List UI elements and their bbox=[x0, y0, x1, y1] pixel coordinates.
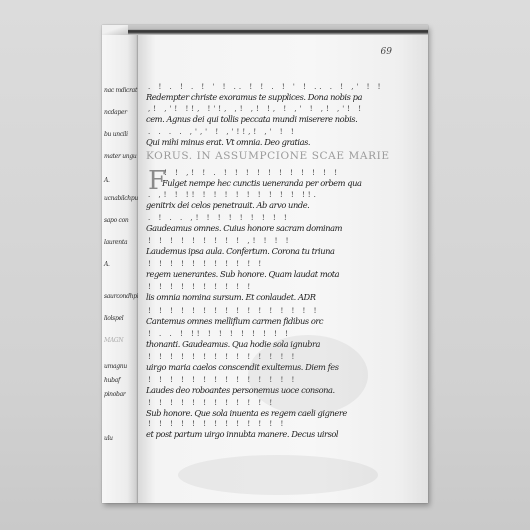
left-page-fragment: laurenta bbox=[104, 239, 127, 246]
left-page-fragment: saurcondhpb bbox=[104, 293, 140, 300]
left-page-fragment: sapo con bbox=[104, 217, 128, 224]
left-page-fragment: A. bbox=[104, 261, 110, 268]
neume-row: ! ! ! ! ! ! ! ! ! ! ! ! ! ! ! ! bbox=[148, 307, 404, 315]
manuscript-poster: nac mdicrat ncdaper bu uncili mater ungu… bbox=[102, 25, 428, 503]
page-stain bbox=[248, 335, 368, 415]
neume-row: ! ! ! ! ! ! ! ! ! ! bbox=[148, 283, 404, 291]
neume-row: ,! ,'! !!, !'!, ,! ,! !, ! ,' ! ,! ,'! ! bbox=[148, 105, 404, 113]
left-page-fragment: umagnu bbox=[104, 363, 127, 370]
chant-text-line: genitrix dei celos penetrauit. Ab arvo u… bbox=[146, 200, 408, 210]
chant-text-line: regem uenerantes. Sub honore. Quam lauda… bbox=[146, 269, 408, 279]
left-page-fragment: mater ungu bbox=[104, 153, 136, 160]
neume-row: . . . . ,',' ! ,'!!,! ,' ! ! bbox=[148, 128, 404, 136]
neume-row: . ! . ! . ! ' ! .. ! ! . ! ' ! .. . ! ,'… bbox=[148, 83, 404, 91]
neume-row: ! ! ! ! ! ! ! ! ! ! ! ! ! bbox=[148, 420, 404, 428]
neume-row: ! . . ! !! ! ! ! ! ! ! ! ! bbox=[148, 330, 404, 338]
chant-text-line: cem. Agnus dei qui tollis peccata mundi … bbox=[146, 114, 408, 124]
chant-text-line: Cantemus omnes melliflum carmen fidibus … bbox=[146, 316, 408, 326]
chant-text-line: Qui mihi minus erat. Vt omnia. Deo grati… bbox=[146, 137, 408, 147]
left-page-margin: nac mdicrat ncdaper bu uncili mater ungu… bbox=[102, 35, 138, 503]
neume-row: . ! . . ,! ! ! ! ! ! ! ! ! bbox=[148, 214, 404, 222]
left-page-fragment: bu uncili bbox=[104, 131, 128, 138]
left-page-fragment: ncdaper bbox=[104, 109, 127, 116]
left-page-fragment: liolspel bbox=[104, 315, 123, 322]
page-number: 69 bbox=[381, 47, 392, 57]
neume-row: . ,! ! !! ! ! ! ! ! ! ! ! ! !!. bbox=[148, 191, 404, 199]
left-page-fragment: MAGN bbox=[104, 337, 123, 344]
right-page: 69 . ! . ! . ! ' ! .. ! ! . ! ' ! .. . !… bbox=[138, 35, 428, 503]
left-page-fragment: A. bbox=[104, 177, 110, 184]
neume-row: ! ! ! ! ! ! ! ! ! ! ! bbox=[148, 260, 404, 268]
chant-text-line: Laudemus ipsa aula. Confertum. Corona tu… bbox=[146, 246, 408, 256]
page-stain bbox=[178, 455, 378, 495]
chant-text-line: Gaudeamus omnes. Cuius honore sacram dom… bbox=[146, 223, 408, 233]
neume-row: ! ! ! ! ! ! ! ! ! ,! ! ! ! bbox=[148, 237, 404, 245]
left-page-fragment: pinobar bbox=[104, 391, 125, 398]
left-page-fragment: hubaf bbox=[104, 377, 120, 384]
book-top-edge bbox=[102, 25, 428, 35]
chant-text-line: Fulget nempe hec cunctis ueneranda per o… bbox=[162, 178, 408, 188]
neume-row: ! ! ,! ! . ! ! ! ! ! ! ! ! ! ! ! bbox=[164, 169, 404, 177]
chant-text-line: et post partum uirgo innubta manere. Dec… bbox=[146, 429, 408, 439]
chant-text-line: lis omnia nomina sursum. Et conlaudet. A… bbox=[146, 292, 408, 302]
left-page-fragment: ucnabilchpu bbox=[104, 195, 138, 202]
left-page-fragment: ulu bbox=[104, 435, 113, 442]
chant-text-line: Redempter christe exoramus te supplices.… bbox=[146, 92, 408, 102]
rubric-heading: KORUS. IN ASSUMPCIONE SCAE MARIE bbox=[146, 149, 408, 163]
left-page-fragment: nac mdicrat bbox=[104, 87, 137, 94]
